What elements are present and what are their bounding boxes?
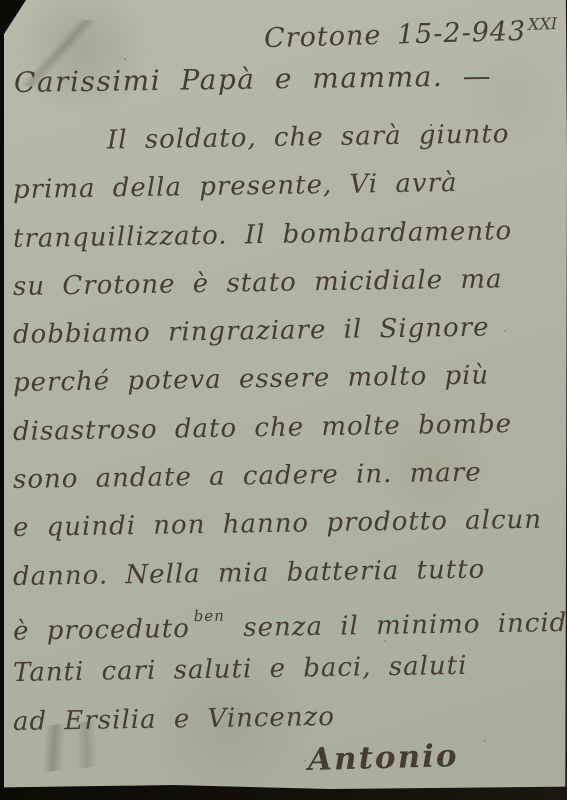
salutation: Carissimi Papà e mamma. — xyxy=(14,59,493,99)
dateline-era-year: XXI xyxy=(527,14,557,34)
dateline: Crotone 15-2-943XXI xyxy=(263,14,557,54)
amended-line-pre: è proceduto xyxy=(13,614,190,647)
letter-line: e quindi non hanno prodotto alcun xyxy=(13,496,566,553)
letter-scan: Crotone 15-2-943XXI Carissimi Papà e mam… xyxy=(0,0,567,800)
letter-body: Il soldato, che sarà giunto prima della … xyxy=(13,118,565,778)
paper-texture-specks xyxy=(4,0,6,2)
dateline-place-date: Crotone 15-2-943 xyxy=(263,16,526,54)
letter-page: Crotone 15-2-943XXI Carissimi Papà e mam… xyxy=(4,0,567,789)
amended-line-post: senza il minimo incidente. xyxy=(243,607,567,643)
letter-line: prima della presente, Vi avrà xyxy=(13,158,566,215)
letter-line: disastroso dato che molte bombe xyxy=(13,399,566,456)
letter-line: perché poteva essere molto più xyxy=(13,351,566,408)
letter-line: tranquillizzato. Il bombardamento xyxy=(13,206,566,263)
closing-line: Tanti cari saluti e baci, saluti xyxy=(13,641,566,698)
signature: Antonio xyxy=(308,735,566,778)
letter-line: danno. Nella mia batteria tutto xyxy=(13,544,566,601)
inserted-word: ben xyxy=(194,607,225,625)
